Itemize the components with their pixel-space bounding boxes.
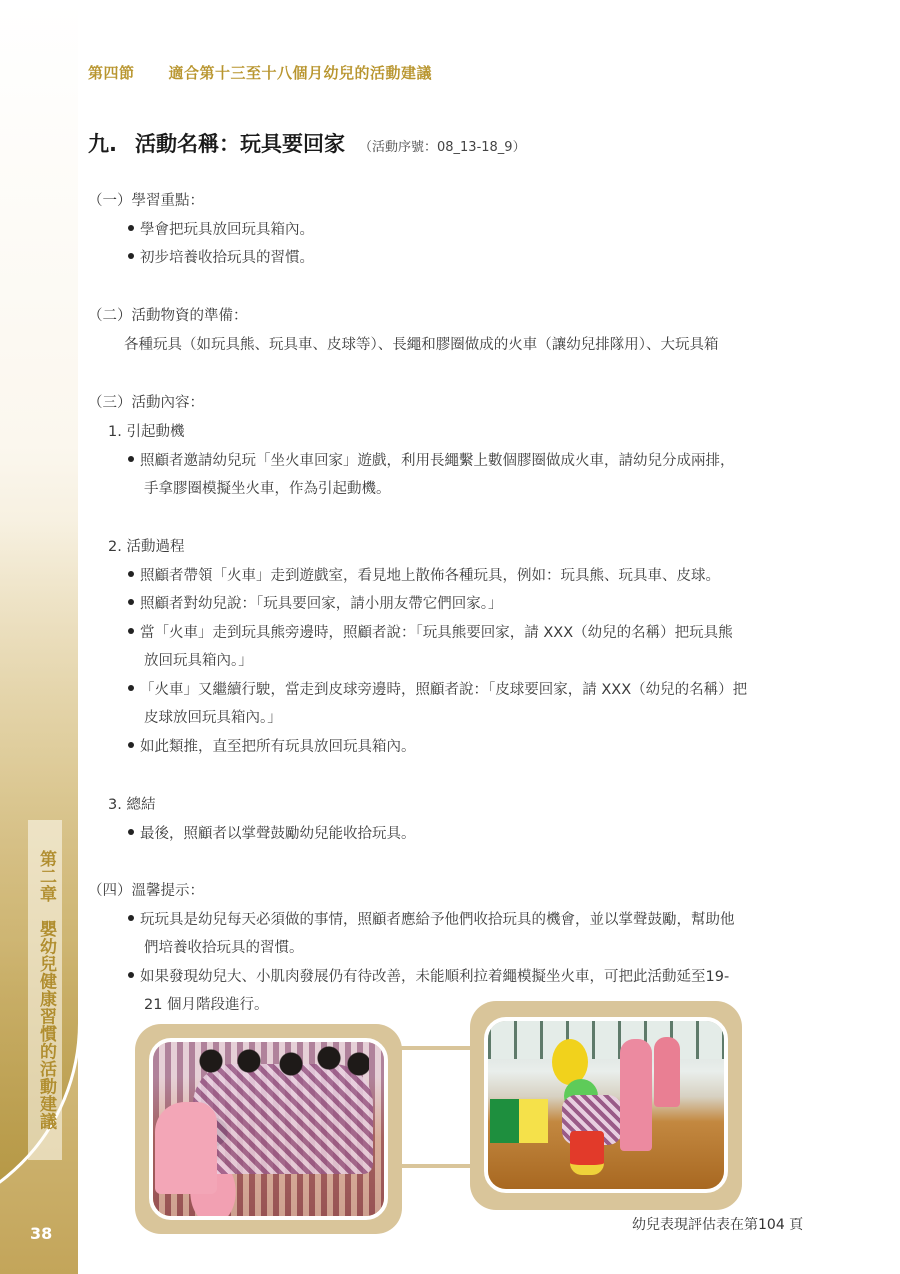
photo-2-caregiver <box>654 1037 680 1107</box>
step-item: 當「火車」走到玩具熊旁邊時，照顧者說：「玩具熊要回家，請 XXX（幼兒的名稱）把… <box>128 621 733 642</box>
photo-frame-1 <box>135 1024 402 1234</box>
photo-2-windows <box>488 1021 724 1059</box>
content-heading: （三）活動內容： <box>88 391 204 412</box>
step-item: 如此類推，直至把所有玩具放回玩具箱內。 <box>128 735 416 756</box>
learning-focus-heading: （一）學習重點： <box>88 189 204 210</box>
photo-2 <box>484 1017 728 1193</box>
activity-title: 九.活動名稱：玩具要回家（活動序號：08_13-18_9） <box>88 128 526 158</box>
step-item-continued: 皮球放回玩具箱內。」 <box>144 706 282 727</box>
tip-item: 如果發現幼兒大、小肌肉發展仍有待改善，未能順利拉着繩模擬坐火車，可把此活動延至1… <box>128 965 729 986</box>
assessment-form-reference: 幼兒表現評估表在第104 頁 <box>632 1214 803 1234</box>
chapter-title-vertical: 第二章 嬰幼兒健康習慣的活動建議 <box>34 850 56 1130</box>
step-item: 最後，照顧者以掌聲鼓勵幼兒能收拾玩具。 <box>128 822 416 843</box>
materials-text: 各種玩具（如玩具熊、玩具車、皮球等）、長繩和膠圈做成的火車（讓幼兒排隊用）、大玩… <box>124 333 719 354</box>
learning-focus-item: 學會把玩具放回玩具箱內。 <box>128 218 314 239</box>
step-title: 3. 總結 <box>108 793 155 814</box>
step-item: 照顧者帶領「火車」走到遊戲室，看見地上散佈各種玩具，例如：玩具熊、玩具車、皮球。 <box>128 564 720 585</box>
activity-name: 活動名稱：玩具要回家 <box>135 132 345 156</box>
photo-2-caregiver <box>620 1039 652 1151</box>
activity-number: 九. <box>88 132 117 156</box>
photo-1-children <box>193 1064 373 1174</box>
step-item: 照顧者邀請幼兒玩「坐火車回家」遊戲，利用長繩繫上數個膠圈做成火車，請幼兒分成兩排… <box>128 449 735 470</box>
step-item-continued: 手拿膠圈模擬坐火車，作為引起動機。 <box>144 477 391 498</box>
photo-1-heads <box>199 1046 369 1076</box>
tip-item: 玩玩具是幼兒每天必須做的事情，照顧者應給予他們收拾玩具的機會，並以掌聲鼓勵，幫助… <box>128 908 735 929</box>
photo-1 <box>149 1038 388 1220</box>
step-title: 1. 引起動機 <box>108 420 184 441</box>
step-title: 2. 活動過程 <box>108 535 184 556</box>
photo-frame-2 <box>470 1001 742 1210</box>
section-header: 第四節適合第十三至十八個月幼兒的活動建議 <box>88 62 432 83</box>
step-item-continued: 放回玩具箱內。」 <box>144 649 253 670</box>
tip-item-continued: 們培養收拾玩具的習慣。 <box>144 936 304 957</box>
photo-2-toy-bucket <box>570 1131 604 1175</box>
section-title: 適合第十三至十八個月幼兒的活動建議 <box>169 64 433 82</box>
photo-connector <box>400 1046 472 1050</box>
activity-code: （活動序號：08_13-18_9） <box>359 140 526 155</box>
tips-heading: （四）溫馨提示： <box>88 879 204 900</box>
section-number: 第四節 <box>88 64 135 82</box>
step-item: 照顧者對幼兒說：「玩具要回家，請小朋友帶它們回家。」 <box>128 592 503 613</box>
materials-heading: （二）活動物資的準備： <box>88 304 248 325</box>
step-item: 「火車」又繼續行駛，當走到皮球旁邊時，照顧者說：「皮球要回家，請 XXX（幼兒的… <box>128 678 747 699</box>
page-number: 38 <box>30 1224 52 1243</box>
photo-1-caregiver <box>155 1102 217 1194</box>
learning-focus-item: 初步培養收拾玩具的習慣。 <box>128 246 314 267</box>
photo-connector <box>400 1164 472 1168</box>
photo-2-blocks <box>490 1099 548 1143</box>
tip-item-continued: 21 個月階段進行。 <box>144 993 269 1014</box>
